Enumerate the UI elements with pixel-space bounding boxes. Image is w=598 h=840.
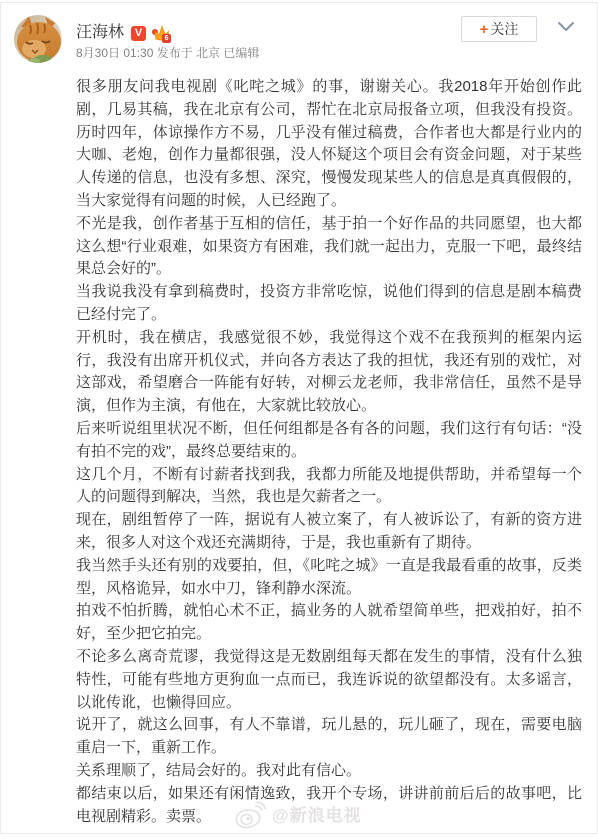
plus-icon: + [480,21,489,38]
post-paragraph: 不论多么离奇荒谬，我觉得这是无数剧组每天都在发生的事情，没有什么独特性，可能有些… [76,646,582,714]
post-paragraph: 后来听说组里状况不断，但任何组都是各有各的问题，我们这行有句话：“没有拍不完的戏… [76,418,582,464]
post-paragraph: 关系理顺了，结局会好的。我对此有信心。 [76,760,582,783]
post-paragraph: 很多朋友问我电视剧《叱咤之城》的事，谢谢关心。我2018年开始创作此剧，几易其稿… [76,76,582,213]
follow-button-label: 关注 [490,19,518,39]
follow-button[interactable]: + 关注 [461,16,537,42]
post-paragraph: 拍戏不怕折腾，就怕心术不正，搞业务的人就希望简单些，把戏拍好，拍不好，至少把它拍… [76,600,582,646]
post-paragraph: 不光是我，创作者基于互相的信任，基于拍一个好作品的共同愿望，也大都这么想“行业艰… [76,213,582,281]
vip-level-number: 6 [162,34,171,43]
user-name-row: 汪海林 V 6 [76,23,170,43]
post-content: 很多朋友问我电视剧《叱咤之城》的事，谢谢关心。我2018年开始创作此剧，几易其稿… [76,76,582,828]
post-timestamp: 8月30日 01:30 发布于 北京 已编辑 [76,45,259,61]
post-paragraph: 现在，剧组暂停了一阵，据说有人被立案了，有人被诉讼了，有新的资方进来，很多人对这… [76,509,582,555]
chevron-down-icon[interactable] [557,21,575,33]
post-paragraph: 都结束以后，如果还有闲情逸致，我开个专场，讲讲前前后后的故事吧，比电视剧精彩。卖… [76,783,582,829]
post-paragraph: 开机时，我在横店，我感觉很不妙，我觉得这个戏不在我预判的框架内运行，我没有出席开… [76,327,582,418]
verified-badge-icon: V [131,26,146,41]
user-avatar[interactable] [14,15,62,63]
post-paragraph: 说开了，就这么回事，有人不靠谱，玩儿悬的，玩儿砸了，现在，需要电脑重启一下，重新… [76,714,582,760]
post-paragraph: 这几个月，不断有讨薪者找到我，我都力所能及地提供帮助，并希望每一个人的问题得到解… [76,464,582,510]
vip-crown-icon: 6 [151,25,170,42]
post-paragraph: 我当然手头还有别的戏要拍，但，《叱咤之城》一直是我最看重的故事，反类型，风格诡异… [76,555,582,601]
cat-avatar-image [14,15,62,63]
post-paragraph: 当我说我没有拿到稿费时，投资方非常吃惊，说他们得到的信息是剧本稿费已经付完了。 [76,281,582,327]
username[interactable]: 汪海林 [76,23,124,43]
